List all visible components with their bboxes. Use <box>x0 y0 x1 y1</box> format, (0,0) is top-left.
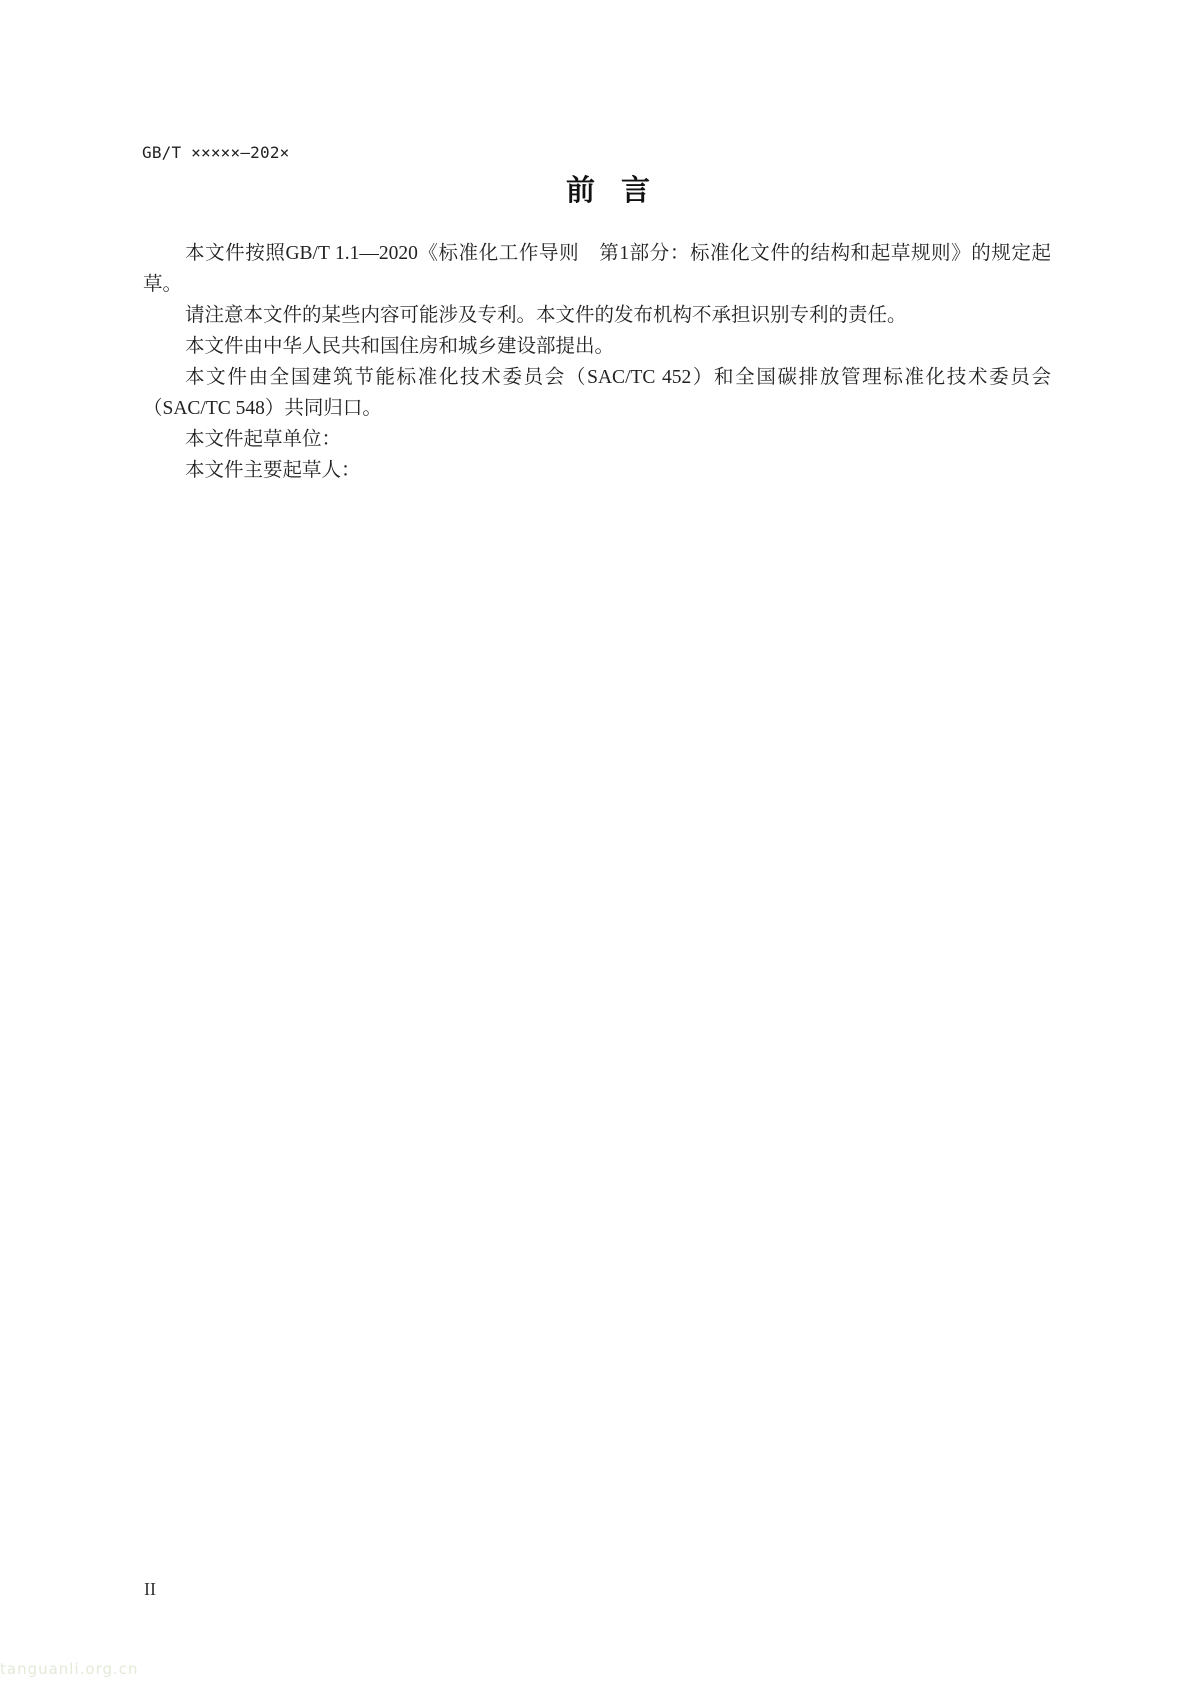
page-title: 前言 <box>0 168 1190 209</box>
paragraph-proposer: 本文件由中华人民共和国住房和城乡建设部提出。 <box>143 331 1051 362</box>
foreword-body: 本文件按照GB/T 1.1—2020《标准化工作导则 第1部分：标准化文件的结构… <box>143 238 1051 486</box>
paragraph-drafting-rules: 本文件按照GB/T 1.1—2020《标准化工作导则 第1部分：标准化文件的结构… <box>143 238 1051 300</box>
standard-code-header: GB/T ×××××—202× <box>142 143 290 162</box>
page-number: II <box>144 1579 156 1600</box>
paragraph-patent-notice: 请注意本文件的某些内容可能涉及专利。本文件的发布机构不承担识别专利的责任。 <box>143 300 1051 331</box>
paragraph-technical-committee: 本文件由全国建筑节能标准化技术委员会（SAC/TC 452）和全国碳排放管理标准… <box>143 362 1051 424</box>
paragraph-drafting-units: 本文件起草单位： <box>143 424 1051 455</box>
watermark: tanguanli.org.cn <box>0 1660 139 1678</box>
paragraph-main-drafters: 本文件主要起草人： <box>143 455 1051 486</box>
